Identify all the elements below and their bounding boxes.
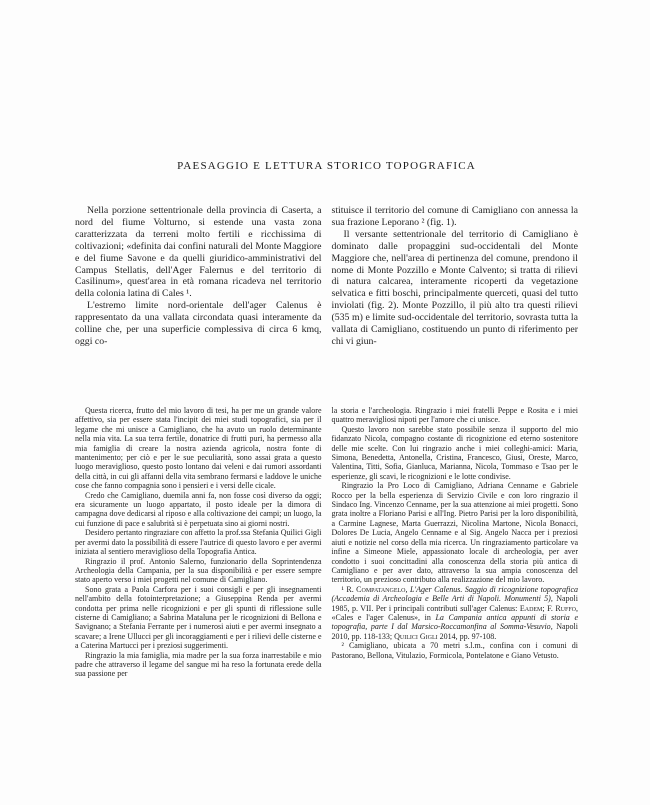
paragraph: Il versante settentrionale del territori… (332, 229, 579, 348)
main-column-left: Nella porzione settentrionale della prov… (75, 205, 322, 406)
main-text: Nella porzione settentrionale della prov… (75, 205, 578, 406)
main-column-right: stituisce il territorio del comune di Ca… (332, 205, 579, 406)
paragraph: Sono grata a Paola Carfora per i suoi co… (75, 585, 322, 651)
paragraph: Nella porzione settentrionale della prov… (75, 205, 322, 300)
footnotes: Questa ricerca, frutto del mio lavoro di… (75, 406, 578, 679)
page-title: PAESAGGIO E LETTURA STORICO TOPOGRAFICA (75, 160, 578, 172)
paragraph: Credo che Camigliano, duemila anni fa, n… (75, 491, 322, 529)
footnote-column-right: la storia e l'archeologia. Ringrazio i m… (332, 406, 579, 679)
paragraph: Desidero pertanto ringraziare con affett… (75, 528, 322, 556)
footnote-column-left: Questa ricerca, frutto del mio lavoro di… (75, 406, 322, 679)
document-page: PAESAGGIO E LETTURA STORICO TOPOGRAFICA … (0, 0, 650, 805)
paragraph: la storia e l'archeologia. Ringrazio i m… (332, 406, 579, 425)
paragraph: L'estremo limite nord-orientale dell'age… (75, 300, 322, 348)
paragraph: ² Camigliano, ubicata a 70 metri s.l.m.,… (332, 641, 579, 660)
paragraph: Ringrazio la mia famiglia, mia madre per… (75, 651, 322, 679)
paragraph: Questo lavoro non sarebbe stato possibil… (332, 425, 579, 481)
paragraph: Questa ricerca, frutto del mio lavoro di… (75, 406, 322, 491)
paragraph: ¹ R. Compatangelo, L'Ager Calenus. Saggi… (332, 585, 579, 641)
paragraph: Ringrazio il prof. Antonio Salerno, funz… (75, 557, 322, 585)
paragraph: Ringrazio la Pro Loco di Camigliano, Adr… (332, 481, 579, 584)
paragraph: stituisce il territorio del comune di Ca… (332, 205, 579, 229)
